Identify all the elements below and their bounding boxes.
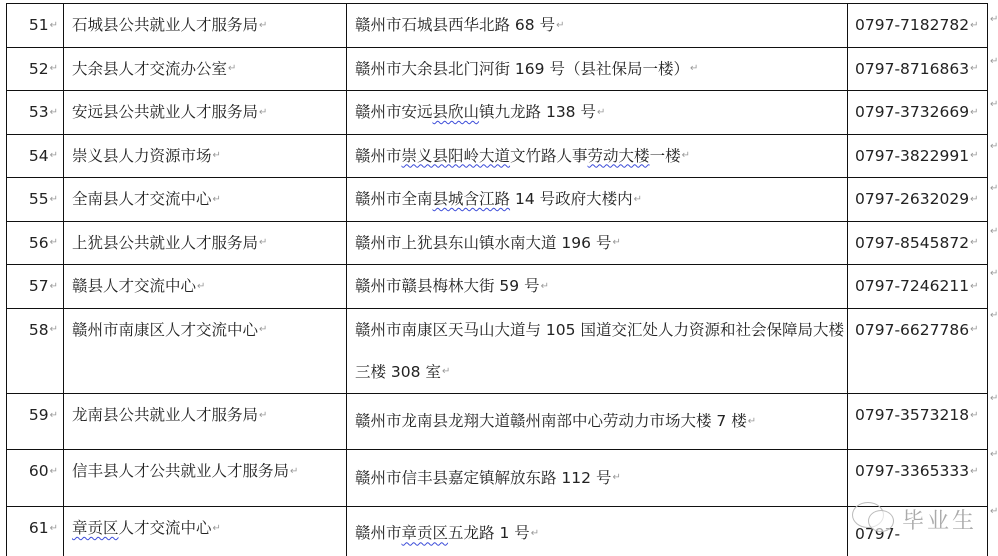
row-number-cell: 59↵ <box>7 394 64 450</box>
address-cell: 赣州市石城县西华北路 68 号↵ <box>347 4 848 48</box>
spellcheck-flagged-text[interactable]: 章贡区 <box>402 524 449 542</box>
paragraph-mark-icon: ↵ <box>612 472 620 483</box>
phone-cell: 0797- <box>848 507 988 556</box>
paragraph-mark-icon: ↵ <box>259 237 267 248</box>
row-end-mark-icon: ↵ <box>990 393 998 404</box>
table-row: 59↵ 龙南县公共就业人才服务局↵ 赣州市龙南县龙翔大道赣州南部中心劳动力市场大… <box>7 394 988 450</box>
phone: 0797-7246211 <box>855 277 969 295</box>
paragraph-mark-icon: ↵ <box>228 63 236 74</box>
org-name: 全南县人才交流中心 <box>72 190 212 208</box>
org-name-cell: 全南县人才交流中心↵ <box>64 178 347 222</box>
address-cell: 赣州市南康区天马山大道与 105 国道交汇处人力资源和社会保障局大楼三楼 308… <box>347 308 848 394</box>
paragraph-mark-icon: ↵ <box>970 237 978 248</box>
paragraph-mark-icon: ↵ <box>970 324 978 335</box>
table-row: 56↵ 上犹县公共就业人才服务局↵ 赣州市上犹县东山镇水南大道 196 号↵ 0… <box>7 221 988 265</box>
table-row: 58↵ 赣州市南康区人才交流中心↵ 赣州市南康区天马山大道与 105 国道交汇处… <box>7 308 988 394</box>
org-name: 赣县人才交流中心 <box>72 277 196 295</box>
address-part: 五龙路 1 号 <box>448 524 530 542</box>
paragraph-mark-icon: ↵ <box>970 466 978 477</box>
paragraph-mark-icon: ↵ <box>442 366 450 377</box>
row-number: 55 <box>29 190 49 208</box>
org-name-cell: 赣县人才交流中心↵ <box>64 265 347 309</box>
paragraph-mark-icon: ↵ <box>213 523 221 534</box>
table-row: 60↵ 信丰县人才公共就业人才服务局↵ 赣州市信丰县嘉定镇解放东路 112 号↵… <box>7 450 988 507</box>
paragraph-mark-icon: ↵ <box>970 194 978 205</box>
paragraph-mark-icon: ↵ <box>290 466 298 477</box>
paragraph-mark-icon: ↵ <box>970 281 978 292</box>
row-number-cell: 60↵ <box>7 450 64 507</box>
org-name-cell: 上犹县公共就业人才服务局↵ <box>64 221 347 265</box>
address-cell: 赣州市章贡区五龙路 1 号↵ <box>347 507 848 556</box>
phone: 0797-2632029 <box>855 190 969 208</box>
phone: 0797-8716863 <box>855 60 969 78</box>
paragraph-mark-icon: ↵ <box>50 466 58 477</box>
paragraph-mark-icon: ↵ <box>634 194 642 205</box>
org-name-cell: 崇义县人力资源市场↵ <box>64 134 347 178</box>
row-end-mark-icon: ↵ <box>990 183 998 194</box>
paragraph-mark-icon: ↵ <box>50 237 58 248</box>
address: 赣州市南康区天马山大道与 105 国道交汇处人力资源和社会保障局大楼三楼 308… <box>355 321 844 381</box>
paragraph-mark-icon: ↵ <box>531 528 539 539</box>
row-end-mark-icon: ↵ <box>990 226 998 237</box>
row-end-mark-icon: ↵ <box>990 506 998 517</box>
row-number: 57 <box>29 277 49 295</box>
row-number: 51 <box>29 16 49 34</box>
phone-cell: 0797-7182782↵ <box>848 4 988 48</box>
row-number-cell: 52↵ <box>7 47 64 91</box>
phone-cell: 0797-8716863↵ <box>848 47 988 91</box>
row-number-cell: 58↵ <box>7 308 64 394</box>
phone: 0797-6627786 <box>855 321 969 339</box>
address-part: 一楼 <box>650 147 681 165</box>
org-name: 石城县公共就业人才服务局 <box>72 16 258 34</box>
phone-cell: 0797-3732669↵ <box>848 91 988 135</box>
row-number: 56 <box>29 234 49 252</box>
row-number: 54 <box>29 147 49 165</box>
org-name-cell: 大余县人才交流办公室↵ <box>64 47 347 91</box>
contact-table: 51↵ 石城县公共就业人才服务局↵ 赣州市石城县西华北路 68 号↵ 0797-… <box>6 3 988 556</box>
paragraph-mark-icon: ↵ <box>556 20 564 31</box>
phone: 0797-7182782 <box>855 16 969 34</box>
paragraph-mark-icon: ↵ <box>50 20 58 31</box>
address-part: 赣州市安远 <box>355 103 433 121</box>
paragraph-mark-icon: ↵ <box>50 194 58 205</box>
row-number: 53 <box>29 103 49 121</box>
address-part: 赣州市全南 <box>355 190 433 208</box>
row-end-mark-icon: ↵ <box>990 141 998 152</box>
row-number: 52 <box>29 60 49 78</box>
phone: 0797- <box>855 525 900 543</box>
phone-cell: 0797-2632029↵ <box>848 178 988 222</box>
phone-cell: 0797-8545872↵ <box>848 221 988 265</box>
address-cell: 赣州市龙南县龙翔大道赣州南部中心劳动力市场大楼 7 楼↵ <box>347 394 848 450</box>
phone: 0797-8545872 <box>855 234 969 252</box>
org-name: 上犹县公共就业人才服务局 <box>72 234 258 252</box>
row-number-cell: 56↵ <box>7 221 64 265</box>
paragraph-mark-icon: ↵ <box>748 416 756 427</box>
address-cell: 赣州市大余县北门河街 169 号（县社保局一楼）↵ <box>347 47 848 91</box>
org-name: 崇义县人力资源市场 <box>72 147 212 165</box>
paragraph-mark-icon: ↵ <box>970 63 978 74</box>
table-row: 57↵ 赣县人才交流中心↵ 赣州市赣县梅林大街 59 号↵ 0797-72462… <box>7 265 988 309</box>
phone-cell: 0797-3822991↵ <box>848 134 988 178</box>
spellcheck-flagged-text[interactable]: 章贡区 <box>72 519 119 537</box>
paragraph-mark-icon: ↵ <box>259 107 267 118</box>
paragraph-mark-icon: ↵ <box>690 63 698 74</box>
paragraph-mark-icon: ↵ <box>50 107 58 118</box>
table-row: 55↵ 全南县人才交流中心↵ 赣州市全南县城含江路 14 号政府大楼内↵ 079… <box>7 178 988 222</box>
phone-cell: 0797-7246211↵ <box>848 265 988 309</box>
paragraph-mark-icon: ↵ <box>50 281 58 292</box>
table-row: 52↵ 大余县人才交流办公室↵ 赣州市大余县北门河街 169 号（县社保局一楼）… <box>7 47 988 91</box>
spellcheck-flagged-text[interactable]: 崇义县阳岭大道 <box>402 147 511 165</box>
row-end-mark-icon: ↵ <box>990 449 998 460</box>
address-cell: 赣州市信丰县嘉定镇解放东路 112 号↵ <box>347 450 848 507</box>
row-number-cell: 54↵ <box>7 134 64 178</box>
address: 赣州市石城县西华北路 68 号 <box>355 16 555 34</box>
table-row: 51↵ 石城县公共就业人才服务局↵ 赣州市石城县西华北路 68 号↵ 0797-… <box>7 4 988 48</box>
row-number-cell: 51↵ <box>7 4 64 48</box>
address-part: 赣州市 <box>355 524 402 542</box>
phone-cell: 0797-6627786↵ <box>848 308 988 394</box>
paragraph-mark-icon: ↵ <box>682 150 690 161</box>
spellcheck-flagged-text[interactable]: 劳动大楼 <box>588 147 650 165</box>
phone: 0797-3573218 <box>855 406 969 424</box>
paragraph-mark-icon: ↵ <box>597 107 605 118</box>
org-name: 安远县公共就业人才服务局 <box>72 103 258 121</box>
address-cell: 赣州市赣县梅林大街 59 号↵ <box>347 265 848 309</box>
address-part: 赣州市 <box>355 147 402 165</box>
row-number: 58 <box>29 321 49 339</box>
org-name-cell: 龙南县公共就业人才服务局↵ <box>64 394 347 450</box>
org-name: 龙南县公共就业人才服务局 <box>72 406 258 424</box>
paragraph-mark-icon: ↵ <box>50 410 58 421</box>
row-end-mark-icon: ↵ <box>990 310 998 321</box>
address: 赣州市大余县北门河街 169 号（县社保局一楼） <box>355 60 689 78</box>
address-cell: 赣州市全南县城含江路 14 号政府大楼内↵ <box>347 178 848 222</box>
row-end-mark-icon: ↵ <box>990 56 998 67</box>
paragraph-mark-icon: ↵ <box>970 107 978 118</box>
paragraph-mark-icon: ↵ <box>970 410 978 421</box>
paragraph-mark-icon: ↵ <box>259 324 267 335</box>
org-name-cell: 信丰县人才公共就业人才服务局↵ <box>64 450 347 507</box>
paragraph-mark-icon: ↵ <box>213 150 221 161</box>
paragraph-mark-icon: ↵ <box>612 237 620 248</box>
paragraph-mark-icon: ↵ <box>970 20 978 31</box>
paragraph-mark-icon: ↵ <box>259 20 267 31</box>
row-number-cell: 61↵ <box>7 507 64 556</box>
paragraph-mark-icon: ↵ <box>197 281 205 292</box>
row-number: 59 <box>29 406 49 424</box>
paragraph-mark-icon: ↵ <box>50 523 58 534</box>
address: 赣州市信丰县嘉定镇解放东路 112 号 <box>355 469 611 487</box>
row-end-mark-icon: ↵ <box>990 14 998 25</box>
address-cell: 赣州市安远县欣山镇九龙路 138 号↵ <box>347 91 848 135</box>
paragraph-mark-icon: ↵ <box>50 150 58 161</box>
row-end-mark-icon: ↵ <box>990 268 998 279</box>
table-row: 61↵ 章贡区人才交流中心↵ 赣州市章贡区五龙路 1 号↵ 0797- <box>7 507 988 556</box>
address-cell: 赣州市上犹县东山镇水南大道 196 号↵ <box>347 221 848 265</box>
table-row: 53↵ 安远县公共就业人才服务局↵ 赣州市安远县欣山镇九龙路 138 号↵ 07… <box>7 91 988 135</box>
row-number: 61 <box>29 519 49 537</box>
phone-cell: 0797-3365333↵ <box>848 450 988 507</box>
row-number: 60 <box>29 462 49 480</box>
address: 赣州市赣县梅林大街 59 号 <box>355 277 540 295</box>
row-number-cell: 57↵ <box>7 265 64 309</box>
spellcheck-flagged-text[interactable]: 县欣山 <box>433 103 480 121</box>
address: 赣州市上犹县东山镇水南大道 196 号 <box>355 234 611 252</box>
address-cell: 赣州市崇义县阳岭大道文竹路人事劳动大楼一楼↵ <box>347 134 848 178</box>
org-name-cell: 石城县公共就业人才服务局↵ <box>64 4 347 48</box>
address-part: 镇九龙路 138 号 <box>479 103 596 121</box>
phone: 0797-3365333 <box>855 462 969 480</box>
address-part: 14 号政府大楼内 <box>510 190 633 208</box>
paragraph-mark-icon: ↵ <box>970 150 978 161</box>
phone: 0797-3732669 <box>855 103 969 121</box>
table-row: 54↵ 崇义县人力资源市场↵ 赣州市崇义县阳岭大道文竹路人事劳动大楼一楼↵ 07… <box>7 134 988 178</box>
row-end-mark-icon: ↵ <box>990 99 998 110</box>
paragraph-mark-icon: ↵ <box>50 63 58 74</box>
org-name-part: 人才交流中心 <box>119 519 212 537</box>
address: 赣州市龙南县龙翔大道赣州南部中心劳动力市场大楼 7 楼 <box>355 412 747 430</box>
paragraph-mark-icon: ↵ <box>213 194 221 205</box>
paragraph-mark-icon: ↵ <box>259 410 267 421</box>
paragraph-mark-icon: ↵ <box>50 324 58 335</box>
row-number-cell: 53↵ <box>7 91 64 135</box>
paragraph-mark-icon: ↵ <box>541 281 549 292</box>
org-name-cell: 安远县公共就业人才服务局↵ <box>64 91 347 135</box>
org-name: 赣州市南康区人才交流中心 <box>72 321 258 339</box>
org-name-cell: 赣州市南康区人才交流中心↵ <box>64 308 347 394</box>
org-name-cell: 章贡区人才交流中心↵ <box>64 507 347 556</box>
phone: 0797-3822991 <box>855 147 969 165</box>
org-name: 信丰县人才公共就业人才服务局 <box>72 462 289 480</box>
address-part: 文竹路人事 <box>510 147 588 165</box>
spellcheck-flagged-text[interactable]: 县城含江路 <box>433 190 511 208</box>
row-number-cell: 55↵ <box>7 178 64 222</box>
phone-cell: 0797-3573218↵ <box>848 394 988 450</box>
org-name: 大余县人才交流办公室 <box>72 60 227 78</box>
